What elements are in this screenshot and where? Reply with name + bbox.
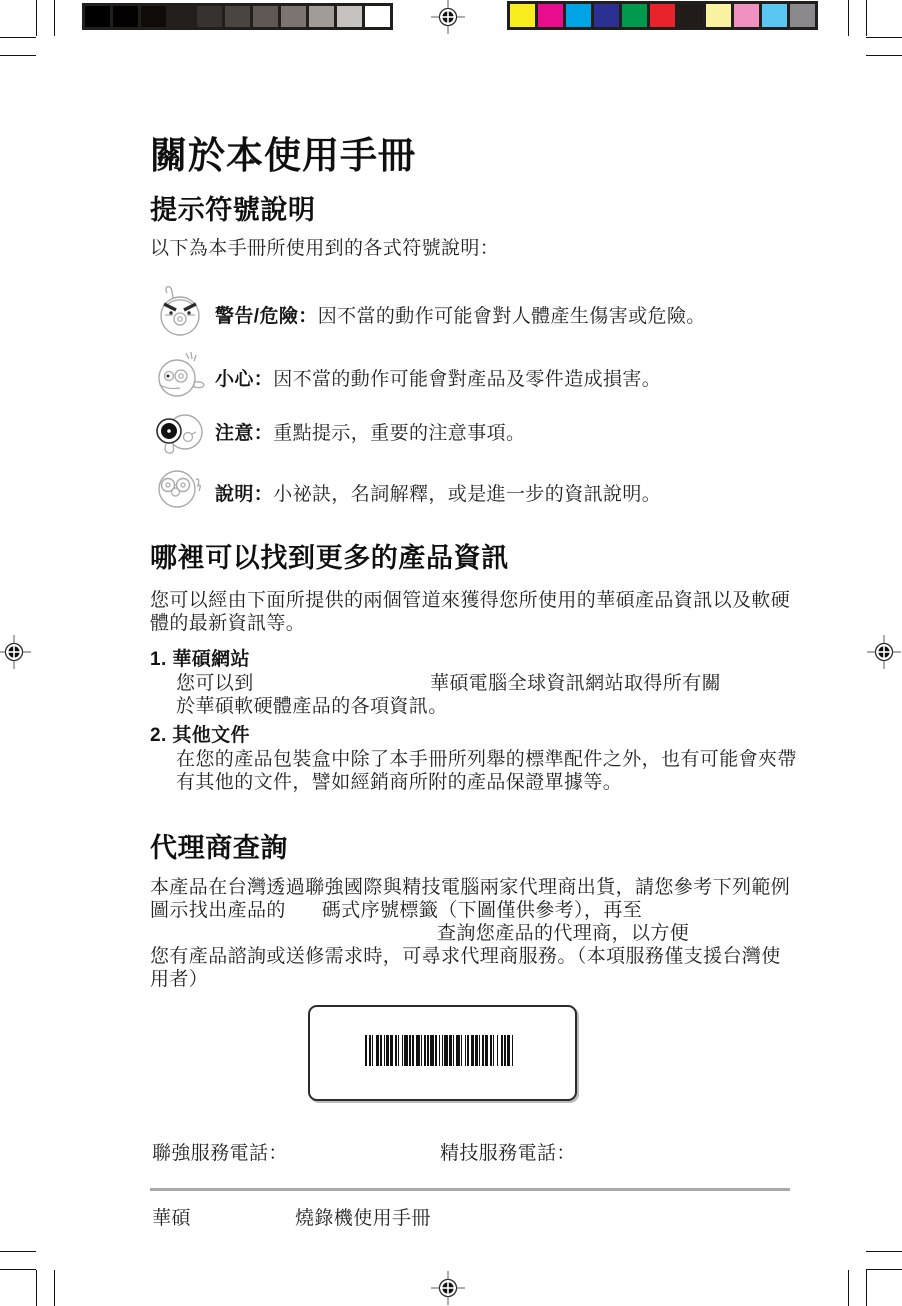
- crop-mark: [866, 1251, 902, 1252]
- calibration-swatch: [337, 6, 362, 27]
- registration-mark-icon: [0, 635, 31, 669]
- notice-text: 因不當的動作可能會對人體產生傷害或危險。: [318, 306, 706, 327]
- registration-mark-icon: [867, 635, 901, 669]
- crop-mark: [0, 1269, 36, 1270]
- crop-mark: [36, 0, 37, 36]
- more-info-intro-line2: 體的最新資訊等。: [150, 608, 305, 635]
- crop-mark: [866, 0, 867, 36]
- footer-brand: 華碩: [152, 1203, 191, 1230]
- calibration-swatch: [538, 4, 563, 27]
- notice-label: 說明：: [215, 484, 273, 505]
- calibration-swatch: [225, 6, 250, 27]
- crop-mark: [866, 37, 902, 38]
- calibration-swatch: [790, 4, 815, 27]
- asus-website-line2: 於華碩軟硬體產品的各項資訊。: [176, 691, 448, 718]
- crop-mark: [0, 37, 36, 38]
- notice-label: 小心：: [215, 369, 273, 390]
- calibration-swatch: [734, 4, 759, 27]
- list-item-asus-website-title: 1. 華碩網站: [150, 644, 250, 671]
- calibration-swatch: [622, 4, 647, 27]
- calibration-swatch: [678, 4, 703, 27]
- crop-mark: [848, 0, 849, 36]
- crop-mark: [36, 1270, 37, 1306]
- warning-disc-icon: [150, 282, 208, 342]
- crop-mark: [866, 1270, 867, 1306]
- crop-mark: [866, 55, 902, 56]
- calibration-swatch: [594, 4, 619, 27]
- notice-text: 小祕訣，名詞解釋，或是進一步的資訊說明。: [273, 484, 661, 505]
- list-number: 1.: [150, 649, 167, 670]
- calibration-swatch: [169, 6, 194, 27]
- note-disc-icon: [152, 406, 210, 466]
- calibration-swatch: [197, 6, 222, 27]
- crop-mark: [54, 1270, 55, 1306]
- asus-website-line1-post: 華碩電腦全球資訊網站取得所有關: [430, 668, 721, 695]
- calibration-swatch: [85, 6, 110, 27]
- list-title: 其他文件: [172, 725, 250, 746]
- manual-page: 關於本使用手冊 提示符號說明 以下為本手冊所使用到的各式符號說明： 警告/危險：…: [0, 0, 902, 1306]
- registration-mark-icon: [431, 1271, 465, 1305]
- calibration-swatch: [510, 4, 535, 27]
- calibration-swatch: [309, 6, 334, 27]
- dealer-line5: 用者）: [150, 964, 208, 991]
- notice-text: 因不當的動作可能會對產品及零件造成損害。: [273, 369, 661, 390]
- dealer-line4: 您有產品諮詢或送修需求時，可尋求代理商服務。（本項服務僅支援台灣使: [150, 941, 781, 968]
- list-number: 2.: [150, 725, 167, 746]
- notice-label: 警告/危險：: [215, 306, 318, 327]
- crop-mark: [848, 1270, 849, 1306]
- calibration-swatch: [762, 4, 787, 27]
- info-disc-icon: [150, 458, 208, 518]
- calibration-swatch: [566, 4, 591, 27]
- calibration-swatch: [650, 4, 675, 27]
- dealer-line2-pre: 圖示找出產品的: [150, 900, 286, 921]
- notice-label: 注意：: [215, 423, 273, 444]
- crop-mark: [0, 55, 36, 56]
- calibration-swatch: [281, 6, 306, 27]
- synnex-phone-label: 聯強服務電話：: [152, 1138, 288, 1165]
- barcode-bar: [512, 1035, 513, 1066]
- footer-manual-title: 燒錄機使用手冊: [295, 1203, 431, 1230]
- calibration-swatch: [141, 6, 166, 27]
- list-item-other-docs-title: 2. 其他文件: [150, 720, 250, 747]
- caution-disc-icon: [150, 345, 208, 405]
- color-calibration-bar: [507, 1, 818, 30]
- barcode: [365, 1035, 513, 1066]
- notice-row-info: 說明：小祕訣，名詞解釋，或是進一步的資訊說明。: [215, 479, 661, 506]
- notice-row-note: 注意：重點提示，重要的注意事項。: [215, 418, 525, 445]
- calibration-swatch: [253, 6, 278, 27]
- calibration-swatch: [113, 6, 138, 27]
- symbols-intro: 以下為本手冊所使用到的各式符號說明：: [150, 233, 499, 260]
- section-heading-symbols: 提示符號說明: [150, 188, 316, 227]
- other-docs-line2: 有其他的文件，譬如經銷商所附的產品保證單據等。: [176, 767, 622, 794]
- serial-label-box: [308, 1005, 577, 1101]
- footer-divider: [150, 1188, 790, 1191]
- page-title: 關於本使用手冊: [150, 125, 416, 179]
- section-heading-dealer: 代理商查詢: [150, 826, 288, 865]
- unitech-phone-label: 精技服務電話：: [440, 1138, 576, 1165]
- calibration-swatch: [706, 4, 731, 27]
- section-heading-more-info: 哪裡可以找到更多的產品資訊: [150, 536, 509, 575]
- crop-mark: [0, 1251, 36, 1252]
- list-title: 華碩網站: [172, 649, 250, 670]
- crop-mark: [866, 1269, 902, 1270]
- grayscale-calibration-bar: [82, 3, 393, 30]
- crop-mark: [54, 0, 55, 36]
- registration-mark-icon: [431, 0, 465, 34]
- notice-row-warning: 警告/危險：因不當的動作可能會對人體產生傷害或危險。: [215, 301, 706, 328]
- notice-row-caution: 小心：因不當的動作可能會對產品及零件造成損害。: [215, 364, 661, 391]
- notice-text: 重點提示，重要的注意事項。: [273, 423, 525, 444]
- calibration-swatch: [365, 6, 390, 27]
